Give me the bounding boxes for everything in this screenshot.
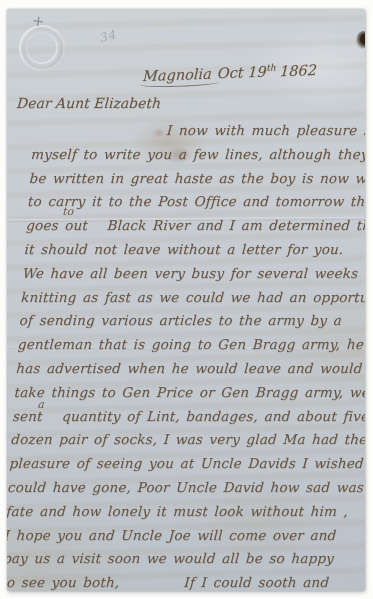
letter-line: knitting as fast as we could we had an o… bbox=[20, 287, 365, 311]
letter-line: could have gone, Poor Uncle David how sa… bbox=[7, 477, 355, 501]
dateline: MagnoliaOct 19th1862 bbox=[143, 62, 318, 85]
letter-line: I hope you and Uncle Joe will come over … bbox=[7, 525, 351, 549]
letter-line: it should not leave without a letter for… bbox=[24, 239, 365, 263]
letter-line: be written in great haste as the boy is … bbox=[29, 168, 365, 192]
letter-body: I now with much pleasure seat myself to … bbox=[7, 120, 365, 591]
dateline-day-suffix: th bbox=[267, 63, 277, 73]
letter-line: has advertised when he would leave and w… bbox=[15, 358, 363, 382]
dateline-date: Oct 19 bbox=[217, 65, 267, 83]
letter-line: myself to write you a few lines, althoug… bbox=[30, 144, 365, 168]
letter-page: + 34 MagnoliaOct 19th1862 Dear Aunt Eliz… bbox=[7, 9, 365, 591]
letter-line: pay us a visit soon we would all be so h… bbox=[7, 548, 350, 572]
letter-line: fate and how lonely it must look without… bbox=[7, 501, 353, 525]
ink-blot bbox=[356, 31, 365, 49]
letter-line: of sending various articles to the army … bbox=[19, 310, 365, 334]
embossed-seal bbox=[19, 25, 65, 71]
letter-line: take things to Gen Price or Gen Bragg ar… bbox=[14, 382, 362, 406]
scanned-letter: + 34 MagnoliaOct 19th1862 Dear Aunt Eliz… bbox=[0, 0, 373, 599]
pencil-number-mark: 34 bbox=[99, 27, 119, 45]
letter-line: pleasure of seeing you at Uncle Davids I… bbox=[9, 453, 357, 477]
letter-line: to carry it to the Post Office and tomor… bbox=[27, 191, 365, 215]
interline-insertion: to bbox=[62, 205, 74, 218]
letter-line: I now with much pleasure seat bbox=[32, 120, 365, 144]
interline-insertion: a bbox=[37, 398, 45, 411]
letter-line: sent quantity of Lint, bandages, and abo… bbox=[12, 406, 360, 430]
letter-line: dozen pair of socks, I was very glad Ma … bbox=[10, 429, 358, 453]
letter-line: gentleman that is going to Gen Bragg arm… bbox=[17, 334, 365, 358]
dateline-place: Magnolia bbox=[143, 66, 213, 85]
letter-line: to see you both, If I could sooth and bbox=[7, 572, 348, 591]
dateline-year: 1862 bbox=[280, 63, 318, 80]
pencil-plus-mark: + bbox=[31, 11, 46, 31]
salutation: Dear Aunt Elizabeth bbox=[16, 96, 161, 112]
letter-line: We have all been very busy for several w… bbox=[22, 263, 365, 287]
letter-line: goes out Black River and I am determined… bbox=[25, 215, 365, 239]
